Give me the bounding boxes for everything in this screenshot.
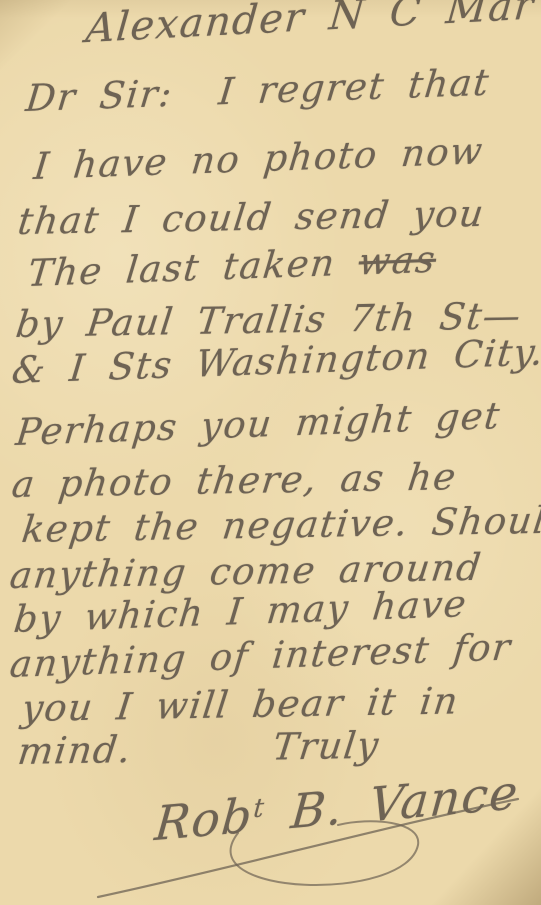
closing-line: mind. Truly xyxy=(16,727,382,772)
letter-line: a photo there, as he xyxy=(10,458,459,505)
mind-word: mind. xyxy=(15,728,134,773)
letter-line: The last taken was xyxy=(26,241,438,294)
letter-line: kept the negative. Should xyxy=(20,501,541,550)
letter-line: you I will bear it in xyxy=(20,682,462,729)
signature: Robt B. Vance xyxy=(153,768,521,850)
letter-line: I have no photo now xyxy=(32,132,485,187)
closing-word: Truly xyxy=(270,724,382,769)
struck-word: was xyxy=(357,238,439,284)
line-4-text: The last taken xyxy=(26,241,338,295)
signature-rest: B. Vance xyxy=(262,765,521,843)
opening-line: Dr Sir:I regret that xyxy=(24,64,492,119)
salutation: Dr Sir: xyxy=(24,72,175,120)
opening-rest: I regret that xyxy=(217,61,492,114)
letter-line: Perhaps you might get xyxy=(14,397,503,453)
signature-pre: Rob xyxy=(153,788,256,852)
letter-page: Alexander N C Mar 27/9 Dr Sir:I regret t… xyxy=(0,0,541,905)
dateline: Alexander N C Mar 27/9 xyxy=(84,0,541,50)
letter-line: that I could send you xyxy=(16,195,487,242)
